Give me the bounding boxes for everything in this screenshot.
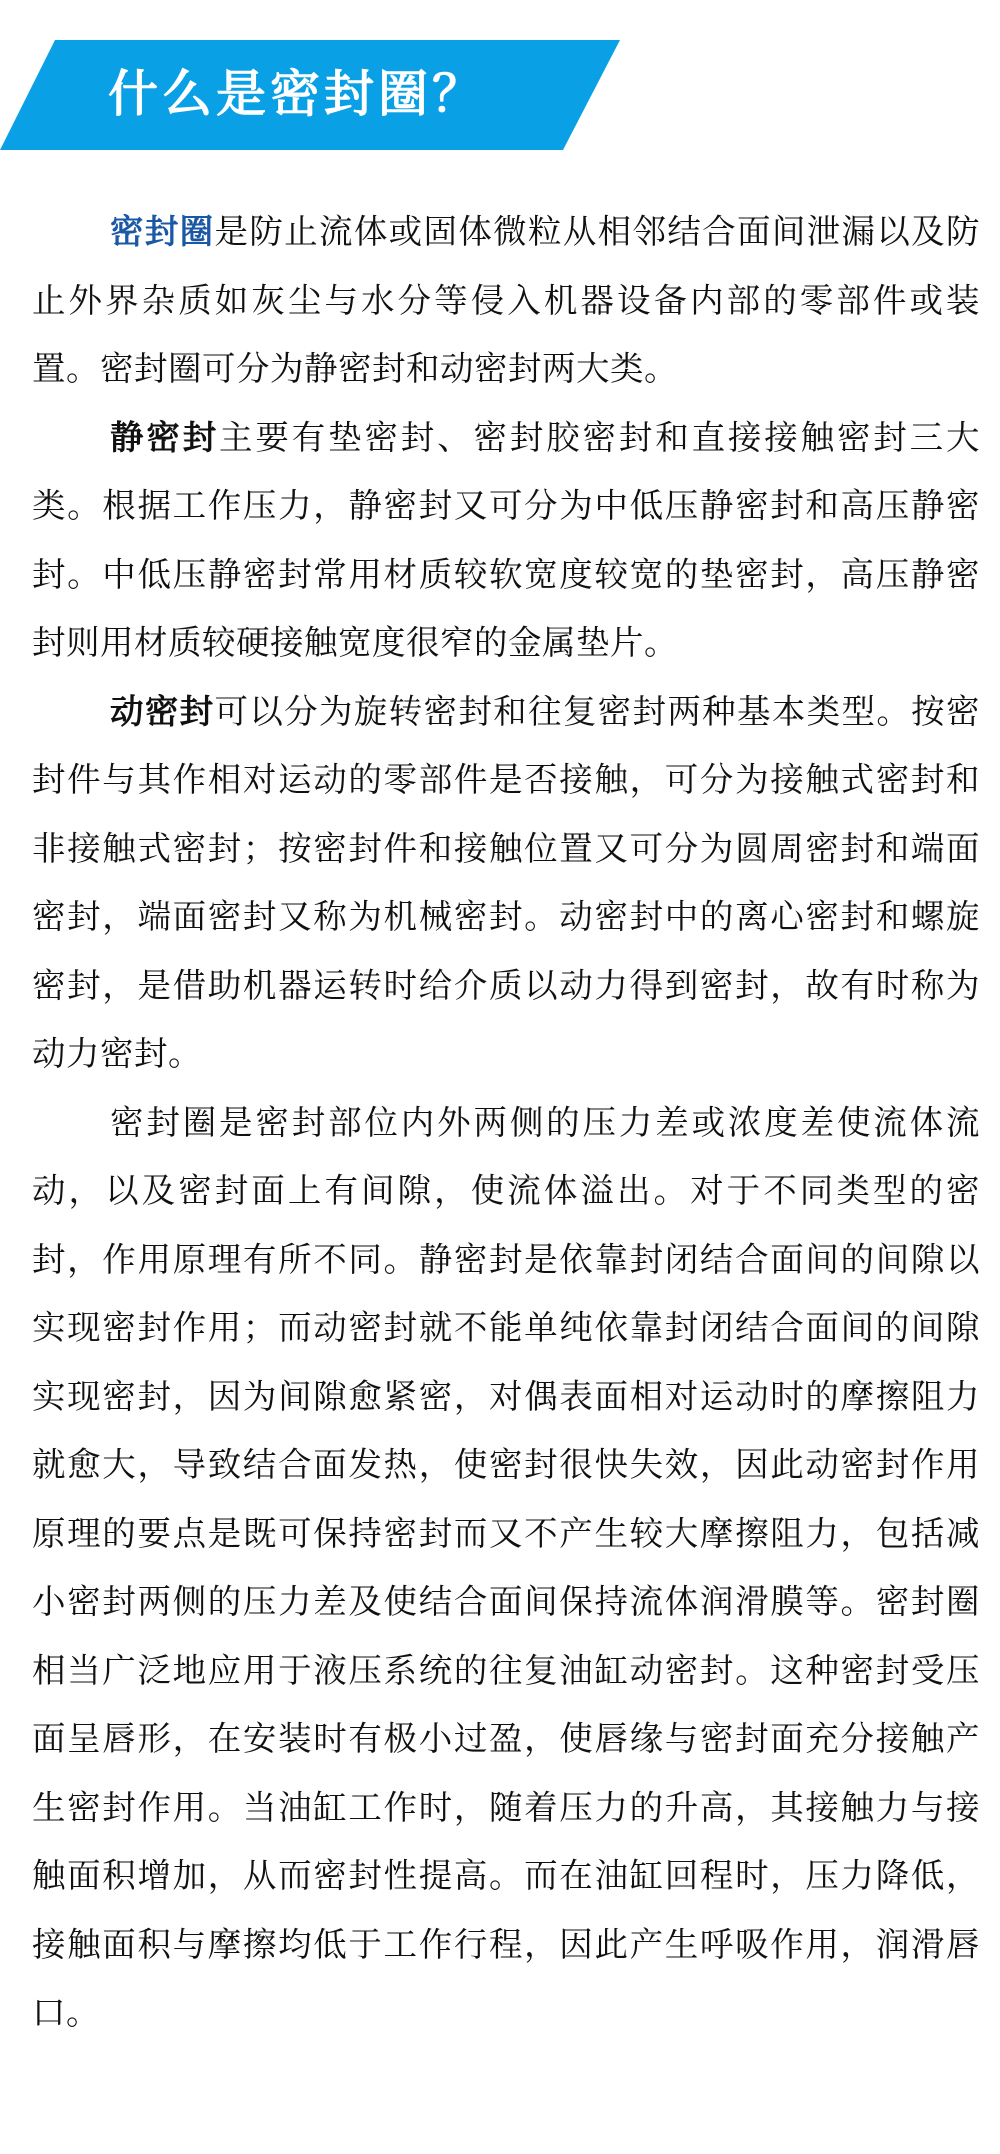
paragraph-dynamic-seal: 动密封可以分为旋转密封和往复密封两种基本类型。按密封件与其作相对运动的零部件是否…	[32, 678, 980, 1089]
section-title: 什么是密封圈？	[108, 62, 486, 126]
article-body: 密封圈是防止流体或固体微粒从相邻结合面间泄漏以及防止外界杂质如灰尘与水分等侵入机…	[32, 198, 980, 2048]
section-banner: 什么是密封圈？	[0, 40, 620, 150]
paragraph-definition: 密封圈是防止流体或固体微粒从相邻结合面间泄漏以及防止外界杂质如灰尘与水分等侵入机…	[32, 198, 980, 404]
term-seal-ring: 密封圈	[110, 212, 215, 251]
paragraph-principle: 密封圈是密封部位内外两侧的压力差或浓度差使流体流动，以及密封面上有间隙，使流体溢…	[32, 1089, 980, 2048]
paragraph-text: 可以分为旋转密封和往复密封两种基本类型。按密封件与其作相对运动的零部件是否接触，…	[32, 692, 980, 1074]
paragraph-text: 密封圈是密封部位内外两侧的压力差或浓度差使流体流动，以及密封面上有间隙，使流体溢…	[32, 1103, 980, 2033]
paragraph-static-seal: 静密封主要有垫密封、密封胶密封和直接接触密封三大类。根据工作压力，静密封又可分为…	[32, 404, 980, 678]
term-dynamic-seal: 动密封	[110, 692, 215, 731]
term-static-seal: 静密封	[110, 418, 219, 457]
